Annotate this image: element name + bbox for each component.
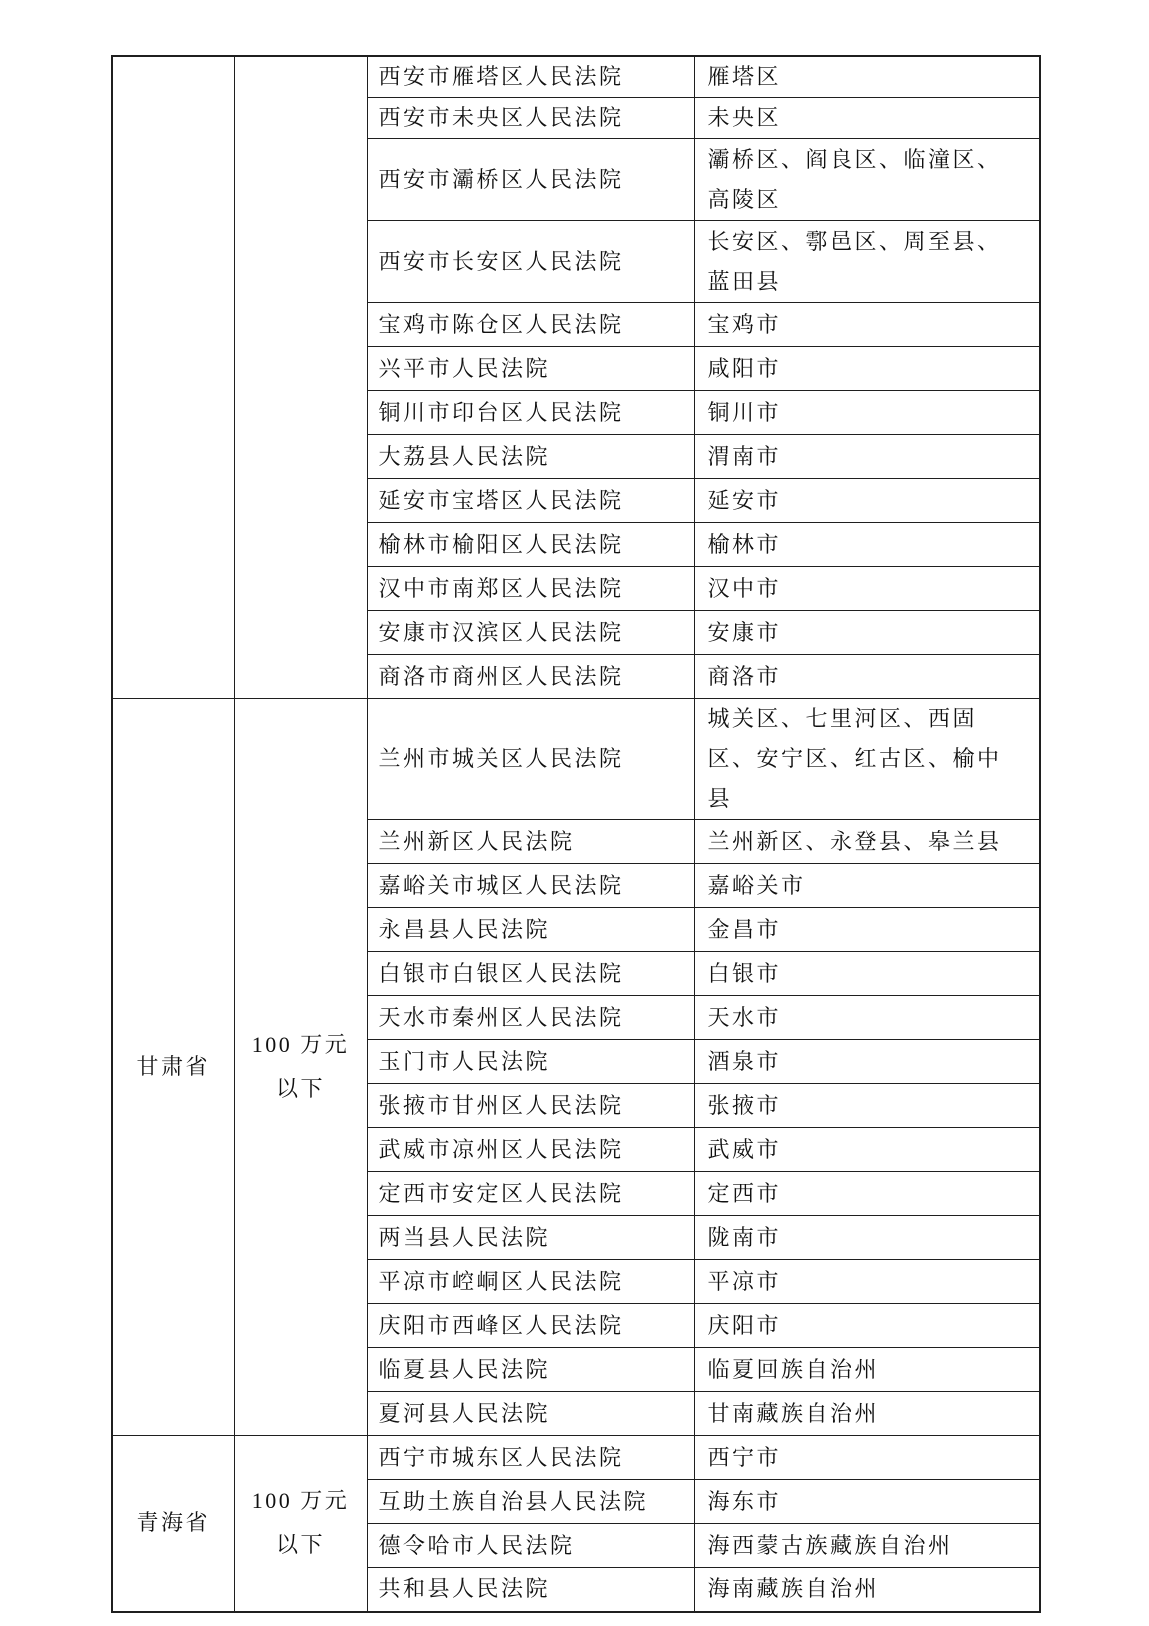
jurisdiction-cell: 铜川市 bbox=[694, 391, 1040, 435]
court-cell: 兴平市人民法院 bbox=[367, 347, 694, 391]
court-cell: 张掖市甘州区人民法院 bbox=[367, 1084, 694, 1128]
jurisdiction-cell: 渭南市 bbox=[694, 435, 1040, 479]
court-cell: 榆林市榆阳区人民法院 bbox=[367, 523, 694, 567]
jurisdiction-cell: 陇南市 bbox=[694, 1216, 1040, 1260]
jurisdiction-cell: 延安市 bbox=[694, 479, 1040, 523]
amount-cell: 100 万元 以下 bbox=[234, 1436, 367, 1612]
jurisdiction-cell: 城关区、七里河区、西固区、安宁区、红古区、榆中县 bbox=[694, 699, 1040, 820]
amount-line: 以下 bbox=[236, 1067, 366, 1111]
court-cell: 永昌县人民法院 bbox=[367, 908, 694, 952]
court-cell: 宝鸡市陈仓区人民法院 bbox=[367, 303, 694, 347]
jurisdiction-cell: 定西市 bbox=[694, 1172, 1040, 1216]
court-cell: 兰州新区人民法院 bbox=[367, 820, 694, 864]
jurisdiction-cell: 白银市 bbox=[694, 952, 1040, 996]
table-row: 青海省 100 万元 以下 西宁市城东区人民法院 西宁市 bbox=[112, 1436, 1040, 1480]
province-cell: 青海省 bbox=[112, 1436, 234, 1612]
court-cell: 汉中市南郑区人民法院 bbox=[367, 567, 694, 611]
jurisdiction-cell: 汉中市 bbox=[694, 567, 1040, 611]
table-row: 甘肃省 100 万元 以下 兰州市城关区人民法院 城关区、七里河区、西固区、安宁… bbox=[112, 699, 1040, 820]
court-cell: 商洛市商州区人民法院 bbox=[367, 655, 694, 699]
court-cell: 嘉峪关市城区人民法院 bbox=[367, 864, 694, 908]
amount-cell bbox=[234, 56, 367, 699]
amount-line: 100 万元 bbox=[236, 1023, 366, 1067]
jurisdiction-cell: 金昌市 bbox=[694, 908, 1040, 952]
court-cell: 庆阳市西峰区人民法院 bbox=[367, 1304, 694, 1348]
jurisdiction-cell: 兰州新区、永登县、皋兰县 bbox=[694, 820, 1040, 864]
jurisdiction-cell: 灞桥区、阎良区、临潼区、高陵区 bbox=[694, 139, 1040, 221]
court-cell: 西安市灞桥区人民法院 bbox=[367, 139, 694, 221]
jurisdiction-cell: 咸阳市 bbox=[694, 347, 1040, 391]
court-cell: 天水市秦州区人民法院 bbox=[367, 996, 694, 1040]
jurisdiction-cell: 未央区 bbox=[694, 98, 1040, 139]
jurisdiction-cell: 临夏回族自治州 bbox=[694, 1348, 1040, 1392]
court-cell: 武威市凉州区人民法院 bbox=[367, 1128, 694, 1172]
jurisdiction-cell: 酒泉市 bbox=[694, 1040, 1040, 1084]
jurisdiction-cell: 海东市 bbox=[694, 1480, 1040, 1524]
court-cell: 平凉市崆峒区人民法院 bbox=[367, 1260, 694, 1304]
amount-line: 以下 bbox=[236, 1523, 366, 1567]
court-cell: 西安市长安区人民法院 bbox=[367, 221, 694, 303]
jurisdiction-cell: 甘南藏族自治州 bbox=[694, 1392, 1040, 1436]
jurisdiction-cell: 商洛市 bbox=[694, 655, 1040, 699]
court-cell: 共和县人民法院 bbox=[367, 1568, 694, 1612]
court-cell: 夏河县人民法院 bbox=[367, 1392, 694, 1436]
jurisdiction-cell: 平凉市 bbox=[694, 1260, 1040, 1304]
court-cell: 互助土族自治县人民法院 bbox=[367, 1480, 694, 1524]
court-cell: 安康市汉滨区人民法院 bbox=[367, 611, 694, 655]
jurisdiction-cell: 雁塔区 bbox=[694, 56, 1040, 98]
court-cell: 西安市雁塔区人民法院 bbox=[367, 56, 694, 98]
document-page: 西安市雁塔区人民法院 雁塔区 西安市未央区人民法院 未央区 西安市灞桥区人民法院… bbox=[0, 0, 1149, 1626]
amount-cell: 100 万元 以下 bbox=[234, 699, 367, 1436]
jurisdiction-cell: 榆林市 bbox=[694, 523, 1040, 567]
court-cell: 西宁市城东区人民法院 bbox=[367, 1436, 694, 1480]
court-cell: 白银市白银区人民法院 bbox=[367, 952, 694, 996]
court-cell: 玉门市人民法院 bbox=[367, 1040, 694, 1084]
court-cell: 德令哈市人民法院 bbox=[367, 1524, 694, 1568]
jurisdiction-cell: 张掖市 bbox=[694, 1084, 1040, 1128]
jurisdiction-cell: 安康市 bbox=[694, 611, 1040, 655]
court-cell: 延安市宝塔区人民法院 bbox=[367, 479, 694, 523]
amount-line: 100 万元 bbox=[236, 1479, 366, 1523]
province-cell bbox=[112, 56, 234, 699]
jurisdiction-cell: 天水市 bbox=[694, 996, 1040, 1040]
province-cell: 甘肃省 bbox=[112, 699, 234, 1436]
jurisdiction-cell: 长安区、鄠邑区、周至县、蓝田县 bbox=[694, 221, 1040, 303]
jurisdiction-cell: 宝鸡市 bbox=[694, 303, 1040, 347]
jurisdiction-cell: 海南藏族自治州 bbox=[694, 1568, 1040, 1612]
jurisdiction-cell: 武威市 bbox=[694, 1128, 1040, 1172]
court-cell: 兰州市城关区人民法院 bbox=[367, 699, 694, 820]
court-cell: 铜川市印台区人民法院 bbox=[367, 391, 694, 435]
court-cell: 西安市未央区人民法院 bbox=[367, 98, 694, 139]
table-row: 西安市雁塔区人民法院 雁塔区 bbox=[112, 56, 1040, 98]
court-cell: 两当县人民法院 bbox=[367, 1216, 694, 1260]
court-cell: 临夏县人民法院 bbox=[367, 1348, 694, 1392]
court-cell: 大荔县人民法院 bbox=[367, 435, 694, 479]
jurisdiction-cell: 西宁市 bbox=[694, 1436, 1040, 1480]
jurisdiction-cell: 嘉峪关市 bbox=[694, 864, 1040, 908]
court-jurisdiction-table: 西安市雁塔区人民法院 雁塔区 西安市未央区人民法院 未央区 西安市灞桥区人民法院… bbox=[111, 55, 1041, 1613]
jurisdiction-cell: 庆阳市 bbox=[694, 1304, 1040, 1348]
court-cell: 定西市安定区人民法院 bbox=[367, 1172, 694, 1216]
jurisdiction-cell: 海西蒙古族藏族自治州 bbox=[694, 1524, 1040, 1568]
